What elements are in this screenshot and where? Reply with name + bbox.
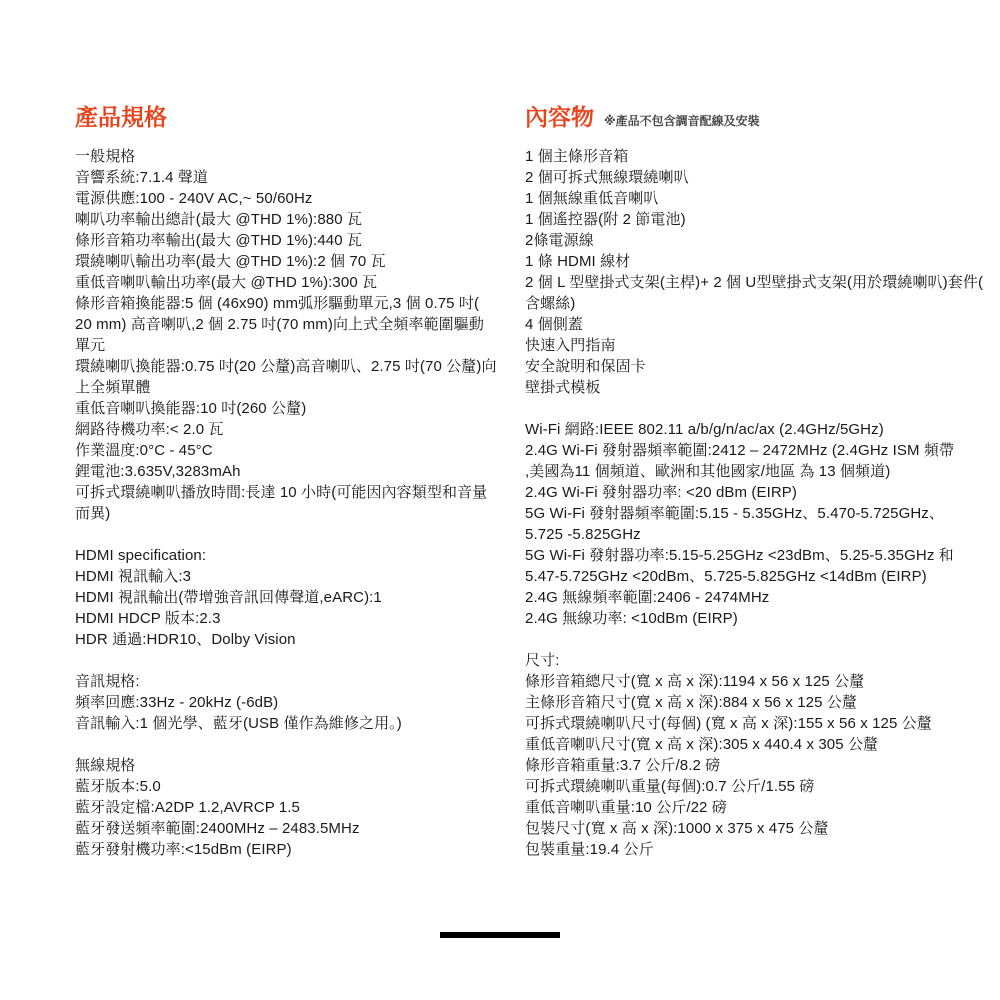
hdmi-specs-section: HDMI specification:HDMI 視訊輸入:3HDMI 視訊輸出(…: [75, 545, 515, 650]
box-contents-column: 內容物 ※產品不包含調音配線及安裝 1 個主條形音箱2 個可拆式無線環繞喇叭1 …: [525, 104, 995, 860]
spec-line: 條形音箱功率輸出(最大 @THD 1%):440 瓦: [75, 230, 515, 251]
box-contents-disclaimer: ※產品不包含調音配線及安裝: [604, 112, 760, 129]
spec-line: 音訊輸入:1 個光學、藍牙(USB 僅作為維修之用。): [75, 713, 515, 734]
spec-line: 條形音箱重量:3.7 公斤/8.2 磅: [525, 755, 995, 776]
spec-line: 5G Wi-Fi 發射器功率:5.15-5.25GHz <23dBm、5.25-…: [525, 545, 995, 566]
wireless-specs-section: 無線規格藍牙版本:5.0藍牙設定檔:A2DP 1.2,AVRCP 1.5藍牙發送…: [75, 755, 515, 860]
spec-line: 5.725 -5.825GHz: [525, 524, 995, 545]
box-contents-section: 1 個主條形音箱2 個可拆式無線環繞喇叭1 個無線重低音喇叭1 個遙控器(附 2…: [525, 146, 995, 398]
spec-line: 重低音喇叭換能器:10 吋(260 公釐): [75, 398, 515, 419]
spec-line: 20 mm) 高音喇叭,2 個 2.75 吋(70 mm)向上式全頻率範圍驅動: [75, 314, 515, 335]
spec-line: 可拆式環繞喇叭播放時間:長達 10 小時(可能因內容類型和音量: [75, 482, 515, 503]
spec-line: ,美國為11 個頻道、歐洲和其他國家/地區 為 13 個頻道): [525, 461, 995, 482]
spec-line: 而異): [75, 503, 515, 524]
spec-line: 作業溫度:0°C - 45°C: [75, 440, 515, 461]
spec-line: 一般規格: [75, 146, 515, 167]
spec-line: 1 個主條形音箱: [525, 146, 995, 167]
spec-line: 藍牙發射機功率:<15dBm (EIRP): [75, 839, 515, 860]
spec-line: 5G Wi-Fi 發射器頻率範圍:5.15 - 5.35GHz、5.470-5.…: [525, 503, 995, 524]
spec-line: 網路待機功率:< 2.0 瓦: [75, 419, 515, 440]
product-spec-sheet: 產品規格 一般規格音響系統:7.1.4 聲道電源供應:100 - 240V AC…: [0, 0, 1000, 1000]
spec-line: 2.4G Wi-Fi 發射器功率: <20 dBm (EIRP): [525, 482, 995, 503]
spec-line: 條形音箱換能器:5 個 (46x90) mm弧形驅動單元,3 個 0.75 吋(: [75, 293, 515, 314]
spec-line: 1 個遙控器(附 2 節電池): [525, 209, 995, 230]
spec-line: 鋰電池:3.635V,3283mAh: [75, 461, 515, 482]
spec-line: 上全頻單體: [75, 377, 515, 398]
spec-line: 環繞喇叭換能器:0.75 吋(20 公釐)高音喇叭、2.75 吋(70 公釐)向: [75, 356, 515, 377]
spec-line: 藍牙發送頻率範圍:2400MHz – 2483.5MHz: [75, 818, 515, 839]
spec-line: 可拆式環繞喇叭重量(每個):0.7 公斤/1.55 磅: [525, 776, 995, 797]
spec-line: 藍牙版本:5.0: [75, 776, 515, 797]
spec-line: 主條形音箱尺寸(寬 x 高 x 深):884 x 56 x 125 公釐: [525, 692, 995, 713]
spec-line: 快速入門指南: [525, 335, 995, 356]
spec-line: 重低音喇叭輸出功率(最大 @THD 1%):300 瓦: [75, 272, 515, 293]
box-contents-title-row: 內容物 ※產品不包含調音配線及安裝: [525, 104, 995, 130]
spec-line: 2 個可拆式無線環繞喇叭: [525, 167, 995, 188]
spec-line: 尺寸:: [525, 650, 995, 671]
spec-line: 藍牙設定檔:A2DP 1.2,AVRCP 1.5: [75, 797, 515, 818]
spec-line: HDMI HDCP 版本:2.3: [75, 608, 515, 629]
spec-line: 壁掛式模板: [525, 377, 995, 398]
spec-line: 環繞喇叭輸出功率(最大 @THD 1%):2 個 70 瓦: [75, 251, 515, 272]
spec-line: 可拆式環繞喇叭尺寸(每個) (寬 x 高 x 深):155 x 56 x 125…: [525, 713, 995, 734]
general-specs-section: 一般規格音響系統:7.1.4 聲道電源供應:100 - 240V AC,~ 50…: [75, 146, 515, 524]
spec-line: HDMI 視訊輸入:3: [75, 566, 515, 587]
audio-specs-section: 音訊規格:頻率回應:33Hz - 20kHz (-6dB)音訊輸入:1 個光學、…: [75, 671, 515, 734]
spec-line: 條形音箱總尺寸(寬 x 高 x 深):1194 x 56 x 125 公釐: [525, 671, 995, 692]
spec-line: 1 條 HDMI 線材: [525, 251, 995, 272]
spec-line: 1 個無線重低音喇叭: [525, 188, 995, 209]
spec-line: 4 個側蓋: [525, 314, 995, 335]
spec-line: HDR 通過:HDR10、Dolby Vision: [75, 629, 515, 650]
spec-line: 2條電源線: [525, 230, 995, 251]
spec-line: HDMI specification:: [75, 545, 515, 566]
dimensions-weights-section: 尺寸:條形音箱總尺寸(寬 x 高 x 深):1194 x 56 x 125 公釐…: [525, 650, 995, 860]
spec-line: 安全說明和保固卡: [525, 356, 995, 377]
spec-line: Wi-Fi 網路:IEEE 802.11 a/b/g/n/ac/ax (2.4G…: [525, 419, 995, 440]
spec-line: 5.47-5.725GHz <20dBm、5.725-5.825GHz <14d…: [525, 566, 995, 587]
spec-line: 2.4G 無線功率: <10dBm (EIRP): [525, 608, 995, 629]
spec-line: 喇叭功率輸出總計(最大 @THD 1%):880 瓦: [75, 209, 515, 230]
spec-line: 2.4G Wi-Fi 發射器頻率範圍:2412 – 2472MHz (2.4GH…: [525, 440, 995, 461]
spec-line: 重低音喇叭尺寸(寬 x 高 x 深):305 x 440.4 x 305 公釐: [525, 734, 995, 755]
spec-line: 單元: [75, 335, 515, 356]
box-contents-title: 內容物: [525, 104, 594, 130]
spec-line: 音訊規格:: [75, 671, 515, 692]
product-specs-title: 產品規格: [75, 104, 515, 130]
spec-line: 含螺絲): [525, 293, 995, 314]
spec-line: 重低音喇叭重量:10 公斤/22 磅: [525, 797, 995, 818]
spec-line: 包裝尺寸(寬 x 高 x 深):1000 x 375 x 475 公釐: [525, 818, 995, 839]
spec-line: 音響系統:7.1.4 聲道: [75, 167, 515, 188]
spec-line: HDMI 視訊輸出(帶增強音訊回傳聲道,eARC):1: [75, 587, 515, 608]
spec-line: 包裝重量:19.4 公斤: [525, 839, 995, 860]
spec-line: 電源供應:100 - 240V AC,~ 50/60Hz: [75, 188, 515, 209]
product-specs-column: 產品規格 一般規格音響系統:7.1.4 聲道電源供應:100 - 240V AC…: [75, 104, 515, 860]
wifi-specs-section: Wi-Fi 網路:IEEE 802.11 a/b/g/n/ac/ax (2.4G…: [525, 419, 995, 629]
spec-line: 頻率回應:33Hz - 20kHz (-6dB): [75, 692, 515, 713]
spec-line: 無線規格: [75, 755, 515, 776]
page-divider-bar: [440, 932, 560, 938]
spec-line: 2.4G 無線頻率範圍:2406 - 2474MHz: [525, 587, 995, 608]
spec-line: 2 個 L 型壁掛式支架(主桿)+ 2 個 U型壁掛式支架(用於環繞喇叭)套件(: [525, 272, 995, 293]
